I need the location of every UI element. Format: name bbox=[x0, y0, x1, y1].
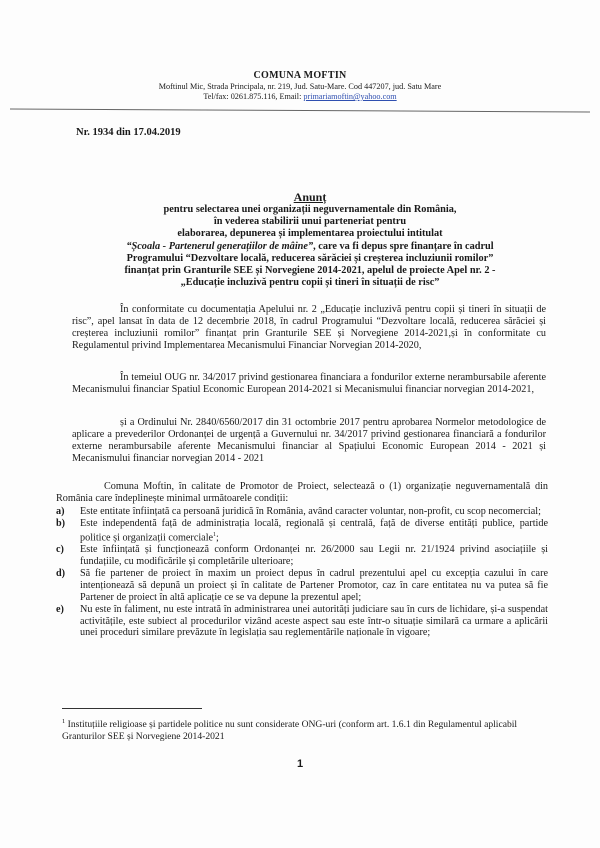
paragraph-conformity: În conformitate cu documentația Apelului… bbox=[72, 304, 546, 352]
condition-item: d) Să fie partener de proiect în maxim u… bbox=[56, 568, 548, 604]
contact-phone: Tel/fax: 0261.875.116, Email: bbox=[203, 92, 303, 101]
org-address: Moftinul Mic, Strada Principala, nr. 219… bbox=[0, 82, 600, 92]
title-line-7: „Educație incluzivă pentru copii și tine… bbox=[70, 277, 550, 289]
title-line-3: elaborarea, depunerea și implementarea p… bbox=[70, 228, 550, 240]
paragraph-oug: În temeiul OUG nr. 34/2017 privind gesti… bbox=[72, 372, 546, 396]
footnote: 1 Instituțiile religioase și partidele p… bbox=[62, 716, 550, 742]
email-link[interactable]: primariamoftin@yahoo.com bbox=[303, 92, 396, 101]
condition-item: e) Nu este în faliment, nu este intrată … bbox=[56, 604, 548, 640]
title-line-4: “Școala - Partenerul generațiilor de mâi… bbox=[70, 241, 550, 253]
project-name: “Școala - Partenerul generațiilor de mâi… bbox=[126, 241, 313, 252]
paragraph-selection: Comuna Moftin, în calitate de Promotor d… bbox=[56, 481, 548, 505]
condition-item: c) Este înființată și funcționează confo… bbox=[56, 544, 548, 568]
paragraph-order: și a Ordinului Nr. 2840/6560/2017 din 31… bbox=[72, 417, 546, 465]
registration-number: Nr. 1934 din 17.04.2019 bbox=[76, 127, 181, 138]
header-divider bbox=[10, 108, 590, 112]
org-name: COMUNA MOFTIN bbox=[0, 70, 600, 82]
title-line-5: Programului “Dezvoltare locală, reducere… bbox=[70, 253, 550, 265]
page-number: 1 bbox=[0, 758, 600, 770]
condition-item: a) Este entitate înființată ca persoană … bbox=[56, 506, 548, 518]
title-line-6: finanțat prin Granturile SEE și Norvegie… bbox=[70, 265, 550, 277]
announcement-heading: Anunț bbox=[70, 190, 550, 204]
letterhead: COMUNA MOFTIN Moftinul Mic, Strada Princ… bbox=[0, 70, 600, 102]
title-line-1: pentru selectarea unei organizații neguv… bbox=[70, 204, 550, 216]
condition-item: b) Este independentă față de administraț… bbox=[56, 518, 548, 544]
document-page: COMUNA MOFTIN Moftinul Mic, Strada Princ… bbox=[0, 0, 600, 848]
announcement-title: Anunț pentru selectarea unei organizații… bbox=[70, 190, 550, 289]
conditions-list: a) Este entitate înființată ca persoană … bbox=[56, 506, 548, 639]
title-line-2: în vederea stabilirii unui parteneriat p… bbox=[70, 216, 550, 228]
footnote-divider bbox=[62, 708, 202, 709]
org-contact: Tel/fax: 0261.875.116, Email: primariamo… bbox=[0, 92, 600, 102]
